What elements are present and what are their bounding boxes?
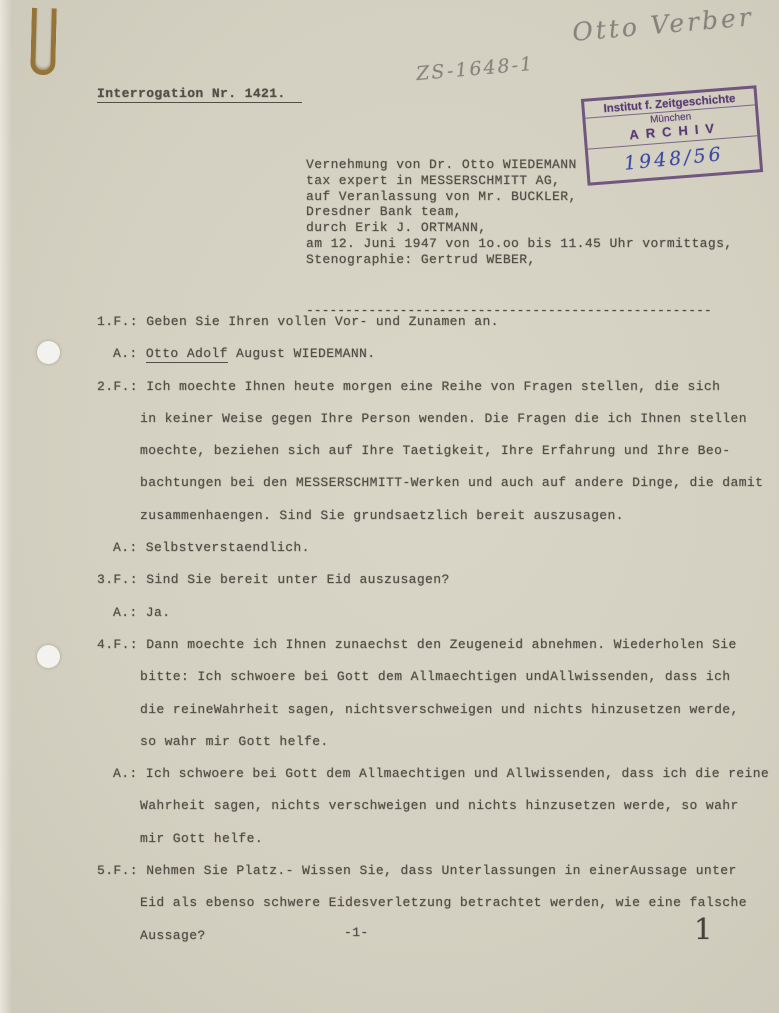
interrogation-transcript: 1.F.: Geben Sie Ihren vollen Vor- und Zu… (0, 276, 779, 982)
header-line: am 12. Juni 1947 von 1o.oo bis 11.45 Uhr… (306, 236, 732, 252)
paperclip-mark (30, 8, 57, 76)
typed-line: bitte: Ich schwoere bei Gott dem Allmaec… (0, 661, 779, 693)
typed-line: Eid als ebenso schwere Eidesverletzung b… (0, 887, 779, 919)
typed-line: mir Gott helfe. (0, 823, 779, 855)
typed-line: zusammenhaengen. Sind Sie grundsaetzlich… (0, 500, 779, 532)
typed-line: so wahr mir Gott helfe. (0, 726, 779, 758)
handwritten-name-annotation: Otto Verber (571, 2, 755, 47)
typed-line: in keiner Weise gegen Ihre Person wenden… (0, 403, 779, 435)
typed-line: moechte, beziehen sich auf Ihre Taetigke… (0, 435, 779, 467)
typed-page-number: -1- (344, 925, 369, 940)
typed-line: 4.F.: Dann moechte ich Ihnen zunaechst d… (0, 629, 779, 661)
header-line: Vernehmung von Dr. Otto WIEDEMANN (306, 157, 732, 173)
typed-line: A.: Ich schwoere bei Gott dem Allmaechti… (0, 758, 779, 790)
typed-line: die reineWahrheit sagen, nichtsverschwei… (0, 694, 779, 726)
transcript-lines: 1.F.: Geben Sie Ihren vollen Vor- und Zu… (0, 306, 779, 952)
typed-line: A.: Selbstverstaendlich. (0, 532, 779, 564)
header-line: tax expert in MESSERSCHMITT AG, (306, 173, 732, 189)
typed-line: 1.F.: Geben Sie Ihren vollen Vor- und Zu… (0, 306, 779, 338)
typed-line: A.: Otto Adolf August WIEDEMANN. (0, 338, 779, 370)
typed-line: 5.F.: Nehmen Sie Platz.- Wissen Sie, das… (0, 855, 779, 887)
underlined-text: Otto Adolf (146, 346, 228, 363)
header-line: auf Veranlassung von Mr. BUCKLER, (306, 189, 732, 205)
document-title: Interrogation Nr. 1421. (97, 86, 302, 103)
scanned-document-page: Otto Verber ZS-1648-1 Institut f. Zeitge… (0, 0, 779, 1013)
handwritten-reference-number: ZS-1648-1 (415, 53, 535, 85)
corner-page-number: 1 (694, 912, 712, 946)
typed-line: Wahrheit sagen, nichts verschweigen und … (0, 790, 779, 822)
typed-line: bachtungen bei den MESSERSCHMITT-Werken … (0, 467, 779, 499)
typed-line: 2.F.: Ich moechte Ihnen heute morgen ein… (0, 371, 779, 403)
typed-line: 3.F.: Sind Sie bereit unter Eid auszusag… (0, 564, 779, 596)
header-line: Stenographie: Gertrud WEBER, (306, 252, 732, 268)
header-line: Dresdner Bank team, (306, 204, 732, 220)
typed-line: Aussage? (0, 920, 779, 952)
typed-line: A.: Ja. (0, 597, 779, 629)
header-lines: Vernehmung von Dr. Otto WIEDEMANNtax exp… (306, 157, 732, 268)
header-line: durch Erik J. ORTMANN, (306, 220, 732, 236)
